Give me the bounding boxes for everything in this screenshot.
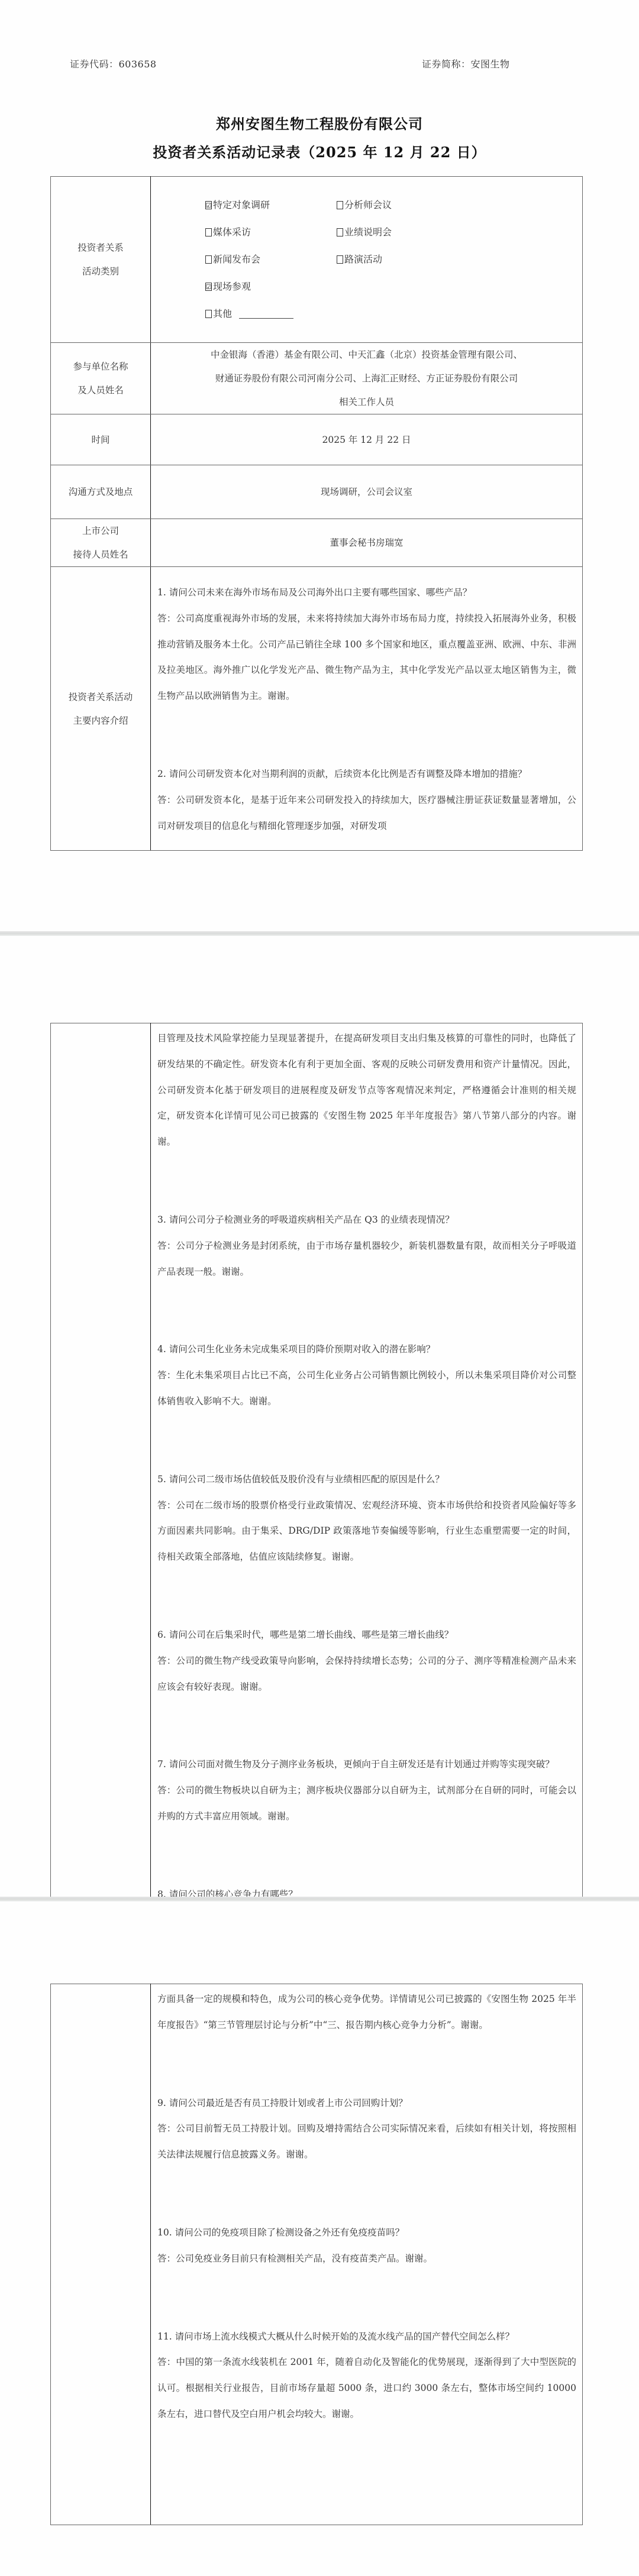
other-blank-field bbox=[239, 310, 293, 319]
checkbox-earnings-call[interactable]: 业绩说明会 bbox=[337, 226, 455, 238]
page-2: 目管理及技术风险掌控能力呈现显著提升，在提高研发项目支出归集及核算的可靠性的同时… bbox=[0, 936, 639, 1897]
answer-8-cont: 方面具备一定的规模和特色，成为公司的核心竞争优势。详情请见公司已披露的《安图生物… bbox=[157, 1987, 576, 2039]
checkbox-press-conference[interactable]: 新闻发布会 bbox=[205, 254, 337, 265]
question-9: 9. 请问公司最近是否有员工持股计划或者上市公司回购计划？ bbox=[157, 2091, 576, 2117]
answer-4: 答：生化未集采项目占比已不高，公司生化业务占公司销售额比例较小，所以未集采项目降… bbox=[157, 1363, 576, 1415]
answer-2: 答：公司研发资本化，是基于近年来公司研发投入的持续加大，医疗器械注册证获证数量显… bbox=[157, 788, 576, 840]
answer-1: 答：公司高度重视海外市场的发展，未来将持续加大海外市场布局力度，持续投入拓展海外… bbox=[157, 606, 576, 709]
question-10: 10. 请问公司的免疫项目除了检测设备之外还有免疫疫苗吗？ bbox=[157, 2220, 576, 2246]
answer-5: 答：公司在二级市场的股票价格受行业政策情况、宏观经济环境、资本市场供给和投资者风… bbox=[157, 1493, 576, 1570]
label-main-content: 投资者关系活动 主要内容介绍 bbox=[51, 567, 151, 851]
stock-short-name: 证券简称：安图生物 bbox=[422, 57, 510, 70]
label-participants: 参与单位名称 及人员姓名 bbox=[51, 343, 151, 414]
label-reception: 上市公司 接待人员姓名 bbox=[51, 519, 151, 567]
row-participants: 参与单位名称 及人员姓名 中金银海（香港）基金有限公司、中天汇鑫（北京）投资基金… bbox=[51, 343, 583, 414]
question-6: 6. 请问公司在后集采时代，哪些是第二增长曲线、哪些是第三增长曲线？ bbox=[157, 1622, 576, 1648]
checkbox-site-visit[interactable]: ☑现场参观 bbox=[205, 281, 455, 293]
answer-7: 答：公司的微生物板块以自研为主；测序板块仪器部分以自研为主，试剂部分在自研的同时… bbox=[157, 1778, 576, 1830]
location-value: 现场调研，公司会议室 bbox=[151, 465, 583, 519]
row-main-content-cont: 方面具备一定的规模和特色，成为公司的核心竞争优势。详情请见公司已披露的《安图生物… bbox=[51, 1984, 583, 2525]
page-1: 证券代码：603658 证券简称：安图生物 郑州安图生物工程股份有限公司 投资者… bbox=[0, 0, 639, 931]
answer-9: 答：公司目前暂无员工持股计划。回购及增持需结合公司实际情况来看，后续如有相关计划… bbox=[157, 2116, 576, 2168]
label-activity-category: 投资者关系 活动类别 bbox=[51, 177, 151, 343]
reception-value: 董事会秘书房瑞宽 bbox=[151, 519, 583, 567]
checkbox-analyst-meeting[interactable]: 分析师会议 bbox=[337, 199, 455, 211]
checkbox-roadshow[interactable]: 路演活动 bbox=[337, 254, 455, 265]
checkbox-specific-research[interactable]: ☑特定对象调研 bbox=[205, 199, 337, 211]
question-1: 1. 请问公司未来在海外市场布局及公司海外出口主要有哪些国家、哪些产品？ bbox=[157, 580, 576, 606]
question-4: 4. 请问公司生化业务未完成集采项目的降价预期对收入的潜在影响？ bbox=[157, 1337, 576, 1363]
record-table-continued: 目管理及技术风险掌控能力呈现显著提升，在提高研发项目支出归集及核算的可靠性的同时… bbox=[50, 1023, 583, 1934]
question-2: 2. 请问公司研发资本化对当期利润的贡献，后续资本化比例是否有调整及降本增加的措… bbox=[157, 762, 576, 788]
main-content-page3: 方面具备一定的规模和特色，成为公司的核心竞争优势。详情请见公司已披露的《安图生物… bbox=[151, 1984, 583, 2525]
checkbox-empty-icon bbox=[337, 228, 343, 236]
answer-10: 答：公司免疫业务目前只有检测相关产品，没有疫苗类产品。谢谢。 bbox=[157, 2246, 576, 2272]
checkbox-checked-icon: ☑ bbox=[205, 201, 212, 209]
label-time: 时间 bbox=[51, 414, 151, 465]
company-title: 郑州安图生物工程股份有限公司 bbox=[0, 112, 639, 133]
label-empty bbox=[51, 1023, 151, 1934]
row-main-content: 投资者关系活动 主要内容介绍 1. 请问公司未来在海外市场布局及公司海外出口主要… bbox=[51, 567, 583, 851]
page-3: 方面具备一定的规模和特色，成为公司的核心竞争优势。详情请见公司已披露的《安图生物… bbox=[0, 1901, 639, 2576]
activity-category-options: ☑特定对象调研 分析师会议 媒体采访 业绩说明会 新闻发布会 路演活动 ☑现场参… bbox=[151, 177, 583, 343]
answer-11: 答：中国的第一条流水线装机在 2001 年，随着自动化及智能化的优势展现，逐渐得… bbox=[157, 2350, 576, 2427]
checkbox-empty-icon bbox=[205, 228, 212, 236]
checkbox-empty-icon bbox=[337, 201, 343, 209]
record-table-continued: 方面具备一定的规模和特色，成为公司的核心竞争优势。详情请见公司已披露的《安图生物… bbox=[50, 1984, 583, 2525]
row-time: 时间 2025 年 12 月 22 日 bbox=[51, 414, 583, 465]
stock-code: 证券代码：603658 bbox=[70, 57, 157, 70]
question-11: 11. 请问市场上流水线模式大概从什么时候开始的及流水线产品的国产替代空间怎么样… bbox=[157, 2324, 576, 2350]
answer-2-cont: 目管理及技术风险掌控能力呈现显著提升，在提高研发项目支出归集及核算的可靠性的同时… bbox=[157, 1026, 576, 1155]
checkbox-media-interview[interactable]: 媒体采访 bbox=[205, 226, 337, 238]
record-table: 投资者关系 活动类别 ☑特定对象调研 分析师会议 媒体采访 业绩说明会 新闻发布… bbox=[50, 176, 583, 851]
row-activity-category: 投资者关系 活动类别 ☑特定对象调研 分析师会议 媒体采访 业绩说明会 新闻发布… bbox=[51, 177, 583, 343]
answer-6: 答：公司的微生物产线受政策导向影响，会保持持续增长态势；公司的分子、测序等精准检… bbox=[157, 1648, 576, 1700]
row-reception: 上市公司 接待人员姓名 董事会秘书房瑞宽 bbox=[51, 519, 583, 567]
question-3: 3. 请问公司分子检测业务的呼吸道疾病相关产品在 Q3 的业绩表现情况？ bbox=[157, 1207, 576, 1233]
participants-value: 中金银海（香港）基金有限公司、中天汇鑫（北京）投资基金管理有限公司、 财通证券股… bbox=[151, 343, 583, 414]
checkbox-empty-icon bbox=[337, 255, 343, 264]
checkbox-checked-icon: ☑ bbox=[205, 283, 212, 291]
label-empty bbox=[51, 1984, 151, 2525]
question-7: 7. 请问公司面对微生物及分子测序业务板块，更倾向于自主研发还是有计划通过并购等… bbox=[157, 1752, 576, 1778]
main-content-page2: 目管理及技术风险掌控能力呈现显著提升，在提高研发项目支出归集及核算的可靠性的同时… bbox=[151, 1023, 583, 1934]
main-content-page1: 1. 请问公司未来在海外市场布局及公司海外出口主要有哪些国家、哪些产品？ 答：公… bbox=[151, 567, 583, 851]
checkbox-empty-icon bbox=[205, 255, 212, 264]
checkbox-other[interactable]: 其他 bbox=[205, 308, 455, 320]
label-location: 沟通方式及地点 bbox=[51, 465, 151, 519]
answer-3: 答：公司分子检测业务是封闭系统，由于市场存量机器较少，新装机器数量有限，故而相关… bbox=[157, 1233, 576, 1285]
question-5: 5. 请问公司二级市场估值较低及股价没有与业绩相匹配的原因是什么？ bbox=[157, 1467, 576, 1493]
checkbox-empty-icon bbox=[205, 310, 212, 318]
time-value: 2025 年 12 月 22 日 bbox=[151, 414, 583, 465]
page-separator bbox=[0, 1897, 639, 1901]
record-title: 投资者关系活动记录表（2025 年 12 月 22 日） bbox=[0, 141, 639, 161]
page-separator bbox=[0, 931, 639, 936]
row-location: 沟通方式及地点 现场调研，公司会议室 bbox=[51, 465, 583, 519]
row-main-content-cont: 目管理及技术风险掌控能力呈现显著提升，在提高研发项目支出归集及核算的可靠性的同时… bbox=[51, 1023, 583, 1934]
